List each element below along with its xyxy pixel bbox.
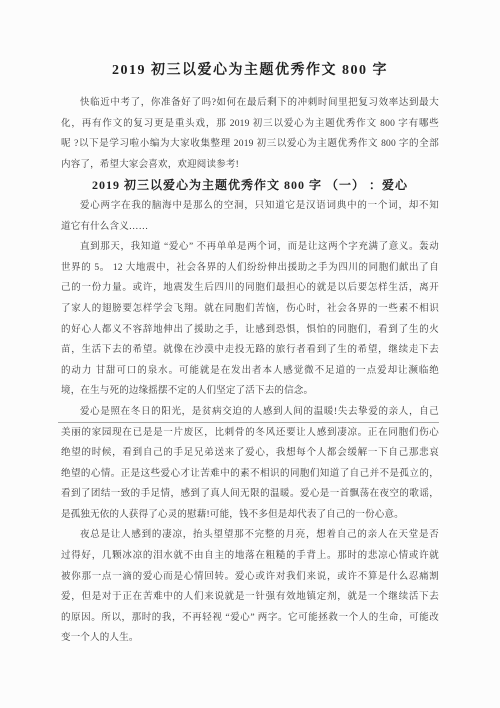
text-line: 快临近中考了，你准备好了吗?如何在最后剩下的冲刺时间里把复习效率达到最大 <box>61 93 439 114</box>
text-line: 2019 初三以爱心为主题优秀作文 800 字 （一） ：爱心 <box>61 175 439 196</box>
text-line: 绝望的时候，看到自己的手足兄弟送来了爱心，我想每个人都会缓解一下自己那悲哀 <box>61 443 439 464</box>
text-line: 苗，生活下去的希望。就像在沙漠中走投无路的旅行者看到了生的希望，继续走下去 <box>61 340 439 361</box>
text-line: 变一个人的人生。 <box>61 628 439 649</box>
horizontal-divider-line <box>58 422 439 423</box>
paragraph: 夜总是让人感到的凄凉，抬头望望那不完整的月亮，想着自己的亲人在天堂是否过得好，几… <box>61 525 439 649</box>
text-line: 看到了团结一致的手足情，感到了真人间无限的温暖。爱心是一首飘荡在夜空的歌谣， <box>61 484 439 505</box>
text-line: 己的一份力量。或许，地震发生后四川的同胞们最担心的就是以后要怎样生活，离开 <box>61 278 439 299</box>
text-line: 是孤独无依的人获得了心灵的慰藉!可能，钱不多但是却代表了自己的一份心意。 <box>61 505 439 526</box>
paragraph: 爱心是照在冬日的阳光，是贫病交迫的人感到人间的温暖!失去挚爱的亲人，自己美丽的家… <box>61 402 439 526</box>
text-line: 爱心两字在我的脑海中是那么的空洞，只知道它是汉语词典中的一个词，却不知 <box>61 196 439 217</box>
text-line: 的好心人都义不容辞地伸出了援助之手，让感到恐惧，惧怕的同胞们，看到了生的火 <box>61 320 439 341</box>
text-line: 美丽的家园现在已是是一片废区，比刺骨的冬风还要让人感到凄凉。正在同胞们伤心 <box>61 423 439 444</box>
text-line: 绝望的心情。正是这些爱心才让苦难中的素不相识的同胞们知道了自己并不是孤立的， <box>61 464 439 485</box>
document-page: 2019 初三以爱心为主题优秀作文 800 字 快临近中考了，你准备好了吗?如何… <box>0 0 500 708</box>
text-line: 了家人的翅膀要怎样学会飞翔。就在同胞们苦恼，伤心时，社会各界的一些素不相识 <box>61 299 439 320</box>
text-line: 的原因。所以，那时的我，不再轻视 “爱心” 两字。它可能拯救一个人的生命，可能改 <box>61 608 439 629</box>
text-line: 被你那一点一滴的爱心而是心情回转。爱心或许对我们来说，或许不算是什么忍痛割 <box>61 567 439 588</box>
text-line: 夜总是让人感到的凄凉，抬头望望那不完整的月亮，想着自己的亲人在天堂是否 <box>61 525 439 546</box>
text-line: 内容了，希望大家会喜欢，欢迎阅读参考! <box>61 155 439 176</box>
document-title: 2019 初三以爱心为主题优秀作文 800 字 <box>0 0 500 83</box>
document-body: 快临近中考了，你准备好了吗?如何在最后剩下的冲刺时间里把复习效率达到最大化，再有… <box>61 93 439 649</box>
text-line: 过得好，几颗冰凉的泪水就不由自主的地落在粗糙的手背上。那时的悲凉心情或许就 <box>61 546 439 567</box>
text-line: 爱，但是对于正在苦难中的人们来说就是一针强有效地镇定剂，就是一个继续活下去 <box>61 587 439 608</box>
text-line: 呢 ?以下是学习啦小编为大家收集整理 2019 初三以爱心为主题优秀作文 800… <box>61 134 439 155</box>
section-heading: 2019 初三以爱心为主题优秀作文 800 字 （一） ：爱心 <box>61 175 439 196</box>
paragraph: 直到那天，我知道 “爱心” 不再单单是两个词，而是让这两个字充满了意义。轰动世界… <box>61 237 439 402</box>
paragraph: 爱心两字在我的脑海中是那么的空洞，只知道它是汉语词典中的一个词，却不知道它有什么… <box>61 196 439 237</box>
text-line: 道它有什么含义…… <box>61 217 439 238</box>
text-line: 境，在生与死的边缘摇摆不定的人们坚定了活下去的信念。 <box>61 381 439 402</box>
text-line: 的动力 甘甜可口的泉水。可能就是在发出者本人感觉微不足道的一点爱却让濒临绝 <box>61 361 439 382</box>
text-line: 直到那天，我知道 “爱心” 不再单单是两个词，而是让这两个字充满了意义。轰动 <box>61 237 439 258</box>
paragraph: 快临近中考了，你准备好了吗?如何在最后剩下的冲刺时间里把复习效率达到最大化，再有… <box>61 93 439 175</box>
text-line: 世界的 5。 12 大地震中，社会各界的人们纷纷伸出援助之手为四川的同胞们献出了… <box>61 258 439 279</box>
text-line: 化，再有作文的复习更是重头戏，那 2019 初三以爱心为主题优秀作文 800 字… <box>61 114 439 135</box>
text-line: 爱心是照在冬日的阳光，是贫病交迫的人感到人间的温暖!失去挚爱的亲人，自己 <box>61 402 439 423</box>
